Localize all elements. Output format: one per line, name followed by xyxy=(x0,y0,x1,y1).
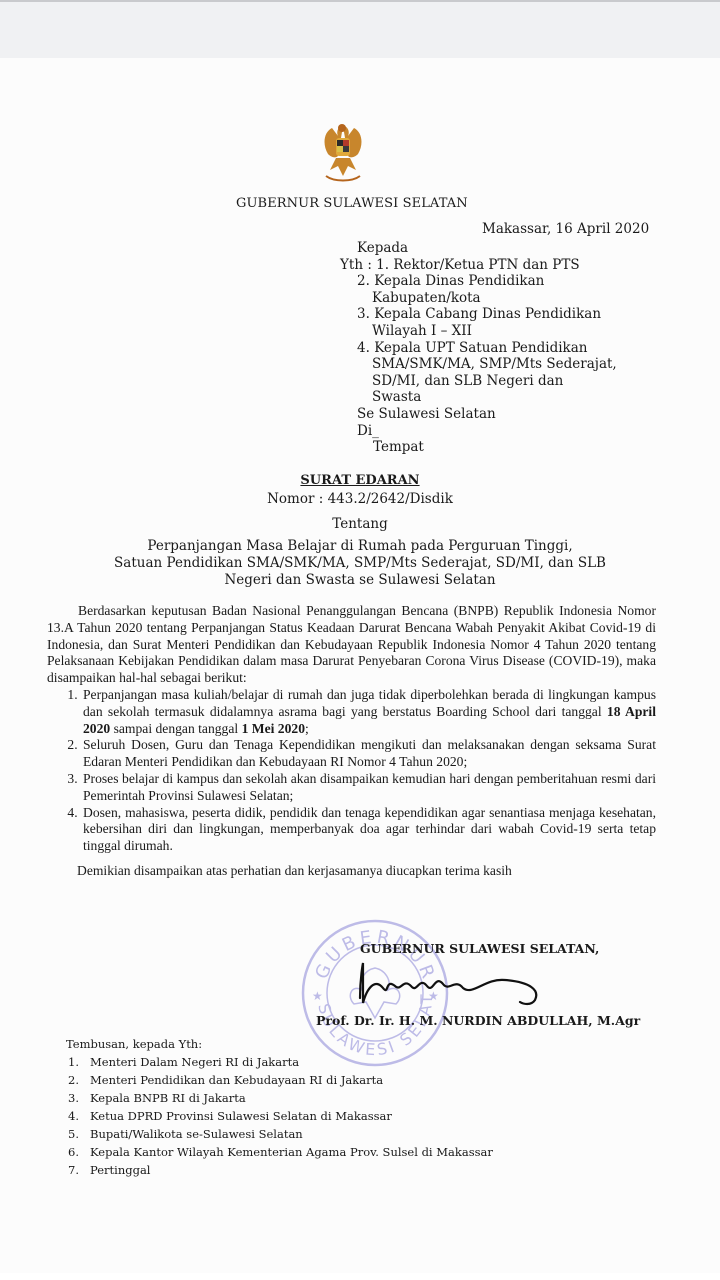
addressee-kepada: Kepada xyxy=(340,240,617,257)
addressee-block: Kepada Yth : 1. Rektor/Ketua PTN dan PTS… xyxy=(340,240,617,456)
point-item: Dosen, mahasiswa, peserta didik, pendidi… xyxy=(81,805,656,855)
cc-item: 7.Pertinggal xyxy=(68,1161,493,1179)
cc-list: Tembusan, kepada Yth: 1.Menteri Dalam Ne… xyxy=(68,1035,493,1179)
point-item: Perpanjangan masa kuliah/belajar di ruma… xyxy=(81,687,656,737)
cc-item: 6.Kepala Kantor Wilayah Kementerian Agam… xyxy=(68,1143,493,1161)
cc-item: 4.Ketua DPRD Provinsi Sulawesi Selatan d… xyxy=(68,1107,493,1125)
garuda-emblem-icon xyxy=(318,118,368,188)
cc-item: 2.Menteri Pendidikan dan Kebudayaan RI d… xyxy=(68,1071,493,1089)
letter-title: SURAT EDARAN xyxy=(0,473,720,488)
viewer-top-bar xyxy=(0,0,720,58)
viewer-bottom-edge xyxy=(0,1273,720,1280)
letter-number: Nomor : 443.2/2642/Disdik xyxy=(0,491,720,507)
addressee-region: Se Sulawesi Selatan xyxy=(340,406,617,423)
addressee-item-3: 3. Kepala Cabang Dinas Pendidikan xyxy=(340,306,617,323)
addressee-tempat: Tempat xyxy=(340,439,617,456)
cc-item: 1.Menteri Dalam Negeri RI di Jakarta xyxy=(68,1053,493,1071)
place-date: Makassar, 16 April 2020 xyxy=(482,221,649,237)
letter-tentang: Tentang xyxy=(0,516,720,532)
point-item: Proses belajar di kampus dan sekolah aka… xyxy=(81,771,656,805)
intro-paragraph: Berdasarkan keputusan Badan Nasional Pen… xyxy=(47,603,656,687)
point-item: Seluruh Dosen, Guru dan Tenaga Kependidi… xyxy=(81,737,656,771)
handwritten-signature-icon xyxy=(355,958,555,1008)
svg-text:★: ★ xyxy=(312,989,323,1003)
closing-paragraph: Demikian disampaikan atas perhatian dan … xyxy=(47,863,656,880)
points-list: Perpanjangan masa kuliah/belajar di ruma… xyxy=(47,687,656,855)
letter-subject: Perpanjangan Masa Belajar di Rumah pada … xyxy=(0,538,720,589)
issuer-heading: GUBERNUR SULAWESI SELATAN xyxy=(236,196,468,211)
addressee-item-1: Yth : 1. Rektor/Ketua PTN dan PTS xyxy=(340,257,617,274)
addressee-di: Di_ xyxy=(340,423,617,440)
cc-heading: Tembusan, kepada Yth: xyxy=(66,1035,493,1053)
cc-item: 3.Kepala BNPB RI di Jakarta xyxy=(68,1089,493,1107)
addressee-item-2: 2. Kepala Dinas Pendidikan xyxy=(340,273,617,290)
addressee-item-4: 4. Kepala UPT Satuan Pendidikan xyxy=(340,340,617,357)
signatory-name: Prof. Dr. Ir. H. M. NURDIN ABDULLAH, M.A… xyxy=(316,1013,640,1028)
cc-item: 5.Bupati/Walikota se-Sulawesi Selatan xyxy=(68,1125,493,1143)
letter-body: Berdasarkan keputusan Badan Nasional Pen… xyxy=(47,603,656,880)
signatory-office: GUBERNUR SULAWESI SELATAN, xyxy=(360,941,599,956)
